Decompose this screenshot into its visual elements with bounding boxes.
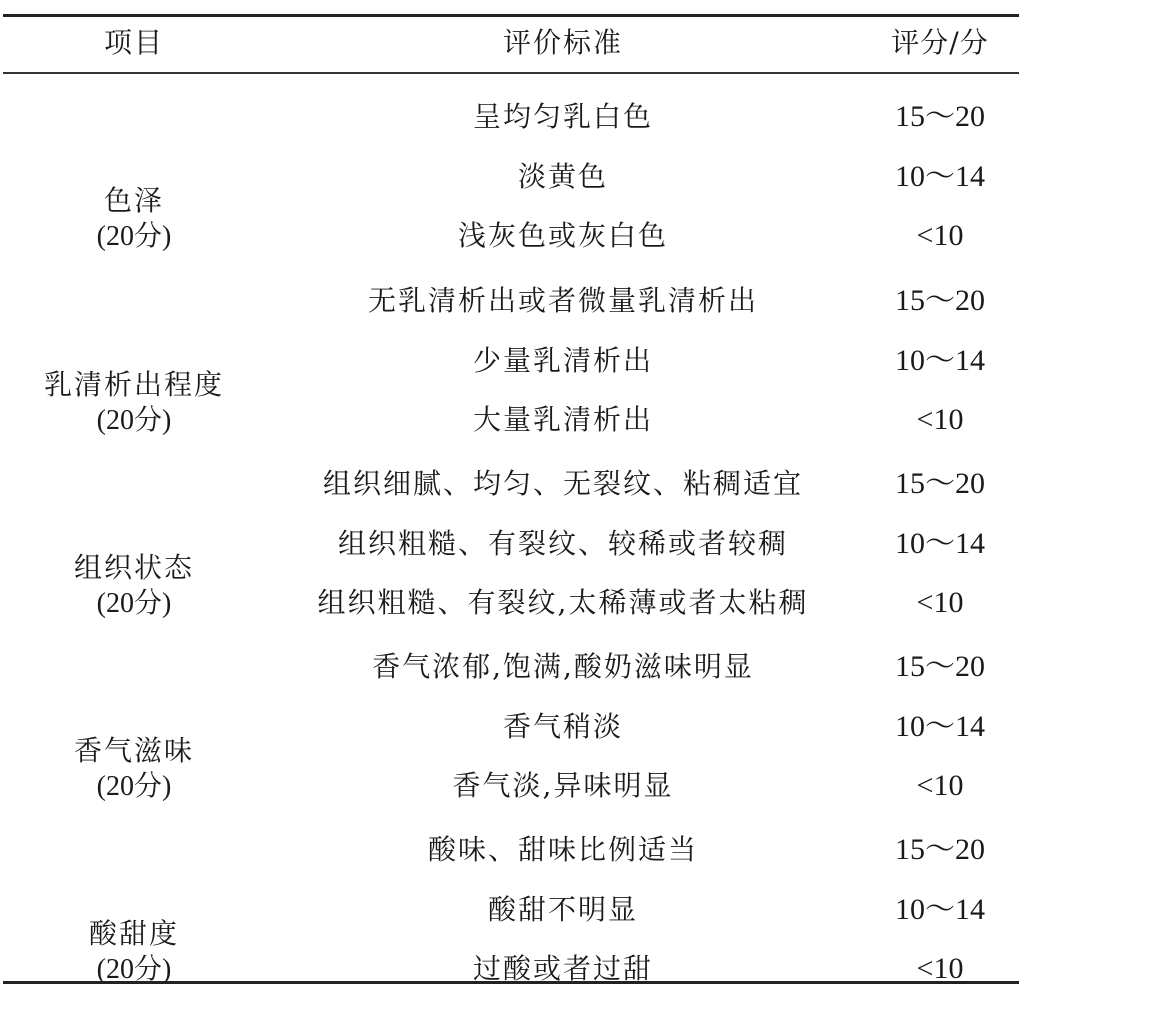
category-name: 酸甜度	[3, 916, 265, 952]
score-cell: 15～20	[861, 467, 1019, 501]
header-item: 项目	[3, 26, 265, 60]
category-points: (20分)	[3, 586, 265, 622]
criterion-cell: 组织粗糙、有裂纹,太稀薄或者太粘稠	[265, 586, 861, 620]
header-score: 评分/分	[861, 26, 1019, 60]
criterion-cell: 组织粗糙、有裂纹、较稀或者较稠	[265, 527, 861, 561]
criterion-cell: 组织细腻、均匀、无裂纹、粘稠适宜	[265, 467, 861, 501]
criterion-cell: 无乳清析出或者微量乳清析出	[265, 284, 861, 318]
top-rule	[3, 14, 1019, 17]
criterion-cell: 香气淡,异味明显	[265, 769, 861, 803]
score-cell: <10	[861, 586, 1019, 620]
category-cell: 香气滋味(20分)	[3, 733, 265, 805]
criterion-cell: 香气稍淡	[265, 710, 861, 744]
score-cell: 10～14	[861, 710, 1019, 744]
score-cell: <10	[861, 403, 1019, 437]
score-cell: 15～20	[861, 284, 1019, 318]
criterion-cell: 呈均匀乳白色	[265, 100, 861, 134]
score-cell: 10～14	[861, 893, 1019, 927]
criterion-cell: 少量乳清析出	[265, 344, 861, 378]
category-name: 组织状态	[3, 550, 265, 586]
category-cell: 乳清析出程度(20分)	[3, 367, 265, 439]
criterion-cell: 香气浓郁,饱满,酸奶滋味明显	[265, 650, 861, 684]
category-points: (20分)	[3, 769, 265, 805]
score-cell: 15～20	[861, 650, 1019, 684]
criterion-cell: 淡黄色	[265, 160, 861, 194]
score-cell: <10	[861, 769, 1019, 803]
bottom-rule	[3, 981, 1019, 984]
criterion-cell: 酸甜不明显	[265, 893, 861, 927]
criterion-cell: 大量乳清析出	[265, 403, 861, 437]
category-cell: 色泽(20分)	[3, 183, 265, 255]
criterion-cell: 浅灰色或灰白色	[265, 219, 861, 253]
score-cell: 10～14	[861, 527, 1019, 561]
score-cell: 10～14	[861, 344, 1019, 378]
category-points: (20分)	[3, 219, 265, 255]
score-cell: 15～20	[861, 833, 1019, 867]
score-cell: 15～20	[861, 100, 1019, 134]
category-name: 色泽	[3, 183, 265, 219]
category-name: 乳清析出程度	[3, 367, 265, 403]
score-cell: 10～14	[861, 160, 1019, 194]
header-criteria: 评价标准	[265, 26, 861, 60]
category-cell: 酸甜度(20分)	[3, 916, 265, 988]
category-cell: 组织状态(20分)	[3, 550, 265, 622]
score-cell: <10	[861, 219, 1019, 253]
category-points: (20分)	[3, 403, 265, 439]
header-rule	[3, 72, 1019, 74]
category-name: 香气滋味	[3, 733, 265, 769]
criterion-cell: 酸味、甜味比例适当	[265, 833, 861, 867]
